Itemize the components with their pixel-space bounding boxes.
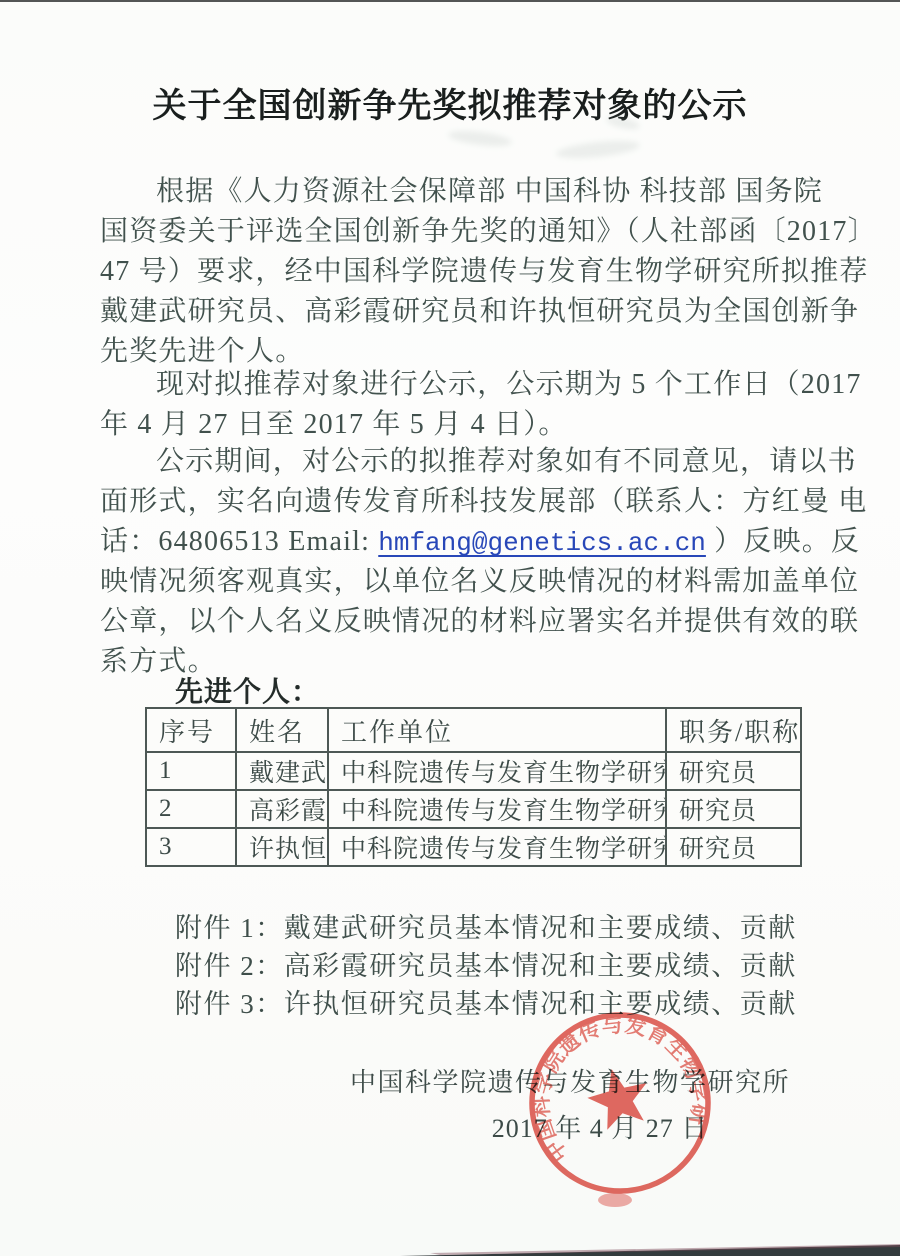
attachment-item: 附件 3：许执恒研究员基本情况和主要成绩、贡献 — [175, 985, 797, 1023]
contact-line-prefix: 话：64806513 Email: — [100, 526, 378, 557]
text-line-contact: 话：64806513 Email: hmfang@genetics.ac.cn … — [100, 522, 806, 562]
attachment-item: 附件 1：戴建武研究员基本情况和主要成绩、贡献 — [175, 909, 797, 947]
text-line: 年 4 月 27 日至 2017 年 5 月 4 日）。 — [100, 405, 806, 445]
text-line: 根据《人力资源社会保障部 中国科协 科技部 国务院 — [100, 172, 806, 212]
scan-artifact — [555, 138, 640, 162]
paragraph-contact: 公示期间，对公示的拟推荐对象如有不同意见，请以书 面形式，实名向遗传发育所科技发… — [100, 442, 806, 682]
cell-unit: 中科院遗传与发育生物学研究所 — [328, 752, 666, 790]
cell-serial: 3 — [146, 828, 236, 866]
text-line: 面形式，实名向遗传发育所科技发展部（联系人：方红曼 电 — [100, 482, 806, 522]
text-line: 映情况须客观真实，以单位名义反映情况的材料需加盖单位 — [100, 562, 806, 602]
paragraph-publicity-period: 现对拟推荐对象进行公示，公示期为 5 个工作日（2017 年 4 月 27 日至… — [100, 365, 806, 445]
col-header-name: 姓名 — [236, 708, 328, 752]
text-line: 公章，以个人名义反映情况的材料应署实名并提供有效的联 — [100, 602, 806, 642]
scan-edge-top — [0, 0, 900, 2]
table-header-row: 序号 姓名 工作单位 职务/职称 — [146, 708, 801, 752]
col-header-unit: 工作单位 — [328, 708, 666, 752]
cell-serial: 1 — [146, 752, 236, 790]
seal-ring — [515, 1003, 725, 1210]
paragraph-basis: 根据《人力资源社会保障部 中国科协 科技部 国务院 国资委关于评选全国创新争先奖… — [100, 172, 806, 372]
seal-smudge — [598, 1193, 632, 1207]
table-row: 3 许执恒 中科院遗传与发育生物学研究所 研究员 — [146, 828, 801, 866]
table-row: 1 戴建武 中科院遗传与发育生物学研究所 研究员 — [146, 752, 801, 790]
scan-artifact — [447, 128, 512, 149]
page-title: 关于全国创新争先奖拟推荐对象的公示 — [0, 78, 900, 127]
section-label-advanced-individuals: 先进个人： — [175, 670, 320, 710]
scan-edge-bottom — [0, 1242, 900, 1256]
text-line: 47 号）要求，经中国科学院遗传与发育生物学研究所拟推荐 — [100, 252, 806, 292]
col-header-title: 职务/职称 — [666, 708, 801, 752]
col-header-serial: 序号 — [146, 708, 236, 752]
cell-title: 研究员 — [666, 790, 801, 828]
cell-name: 许执恒 — [236, 828, 328, 866]
text-line: 公示期间，对公示的拟推荐对象如有不同意见，请以书 — [100, 442, 806, 482]
signature-organization: 中国科学院遗传与发育生物学研究所 — [340, 1062, 800, 1099]
cell-name: 高彩霞 — [236, 790, 328, 828]
nominees-table: 序号 姓名 工作单位 职务/职称 1 戴建武 中科院遗传与发育生物学研究所 研究… — [145, 707, 802, 867]
text-line: 现对拟推荐对象进行公示，公示期为 5 个工作日（2017 — [100, 365, 806, 405]
cell-name: 戴建武 — [236, 752, 328, 790]
cell-serial: 2 — [146, 790, 236, 828]
signature-date: 2017 年 4 月 27 日 — [450, 1108, 750, 1145]
contact-line-suffix: ）反映。反 — [706, 526, 860, 557]
cell-unit: 中科院遗传与发育生物学研究所 — [328, 790, 666, 828]
cell-title: 研究员 — [666, 828, 801, 866]
email-link[interactable]: hmfang@genetics.ac.cn — [378, 528, 706, 558]
scanned-document-page: 关于全国创新争先奖拟推荐对象的公示 根据《人力资源社会保障部 中国科协 科技部 … — [0, 0, 900, 1256]
text-line: 国资委关于评选全国创新争先奖的通知》（人社部函〔2017〕 — [100, 212, 806, 252]
cell-title: 研究员 — [666, 752, 801, 790]
attachments-list: 附件 1：戴建武研究员基本情况和主要成绩、贡献 附件 2：高彩霞研究员基本情况和… — [175, 909, 797, 1023]
cell-unit: 中科院遗传与发育生物学研究所 — [328, 828, 666, 866]
text-line: 戴建武研究员、高彩霞研究员和许执恒研究员为全国创新争 — [100, 292, 806, 332]
attachment-item: 附件 2：高彩霞研究员基本情况和主要成绩、贡献 — [175, 947, 797, 985]
table-row: 2 高彩霞 中科院遗传与发育生物学研究所 研究员 — [146, 790, 801, 828]
